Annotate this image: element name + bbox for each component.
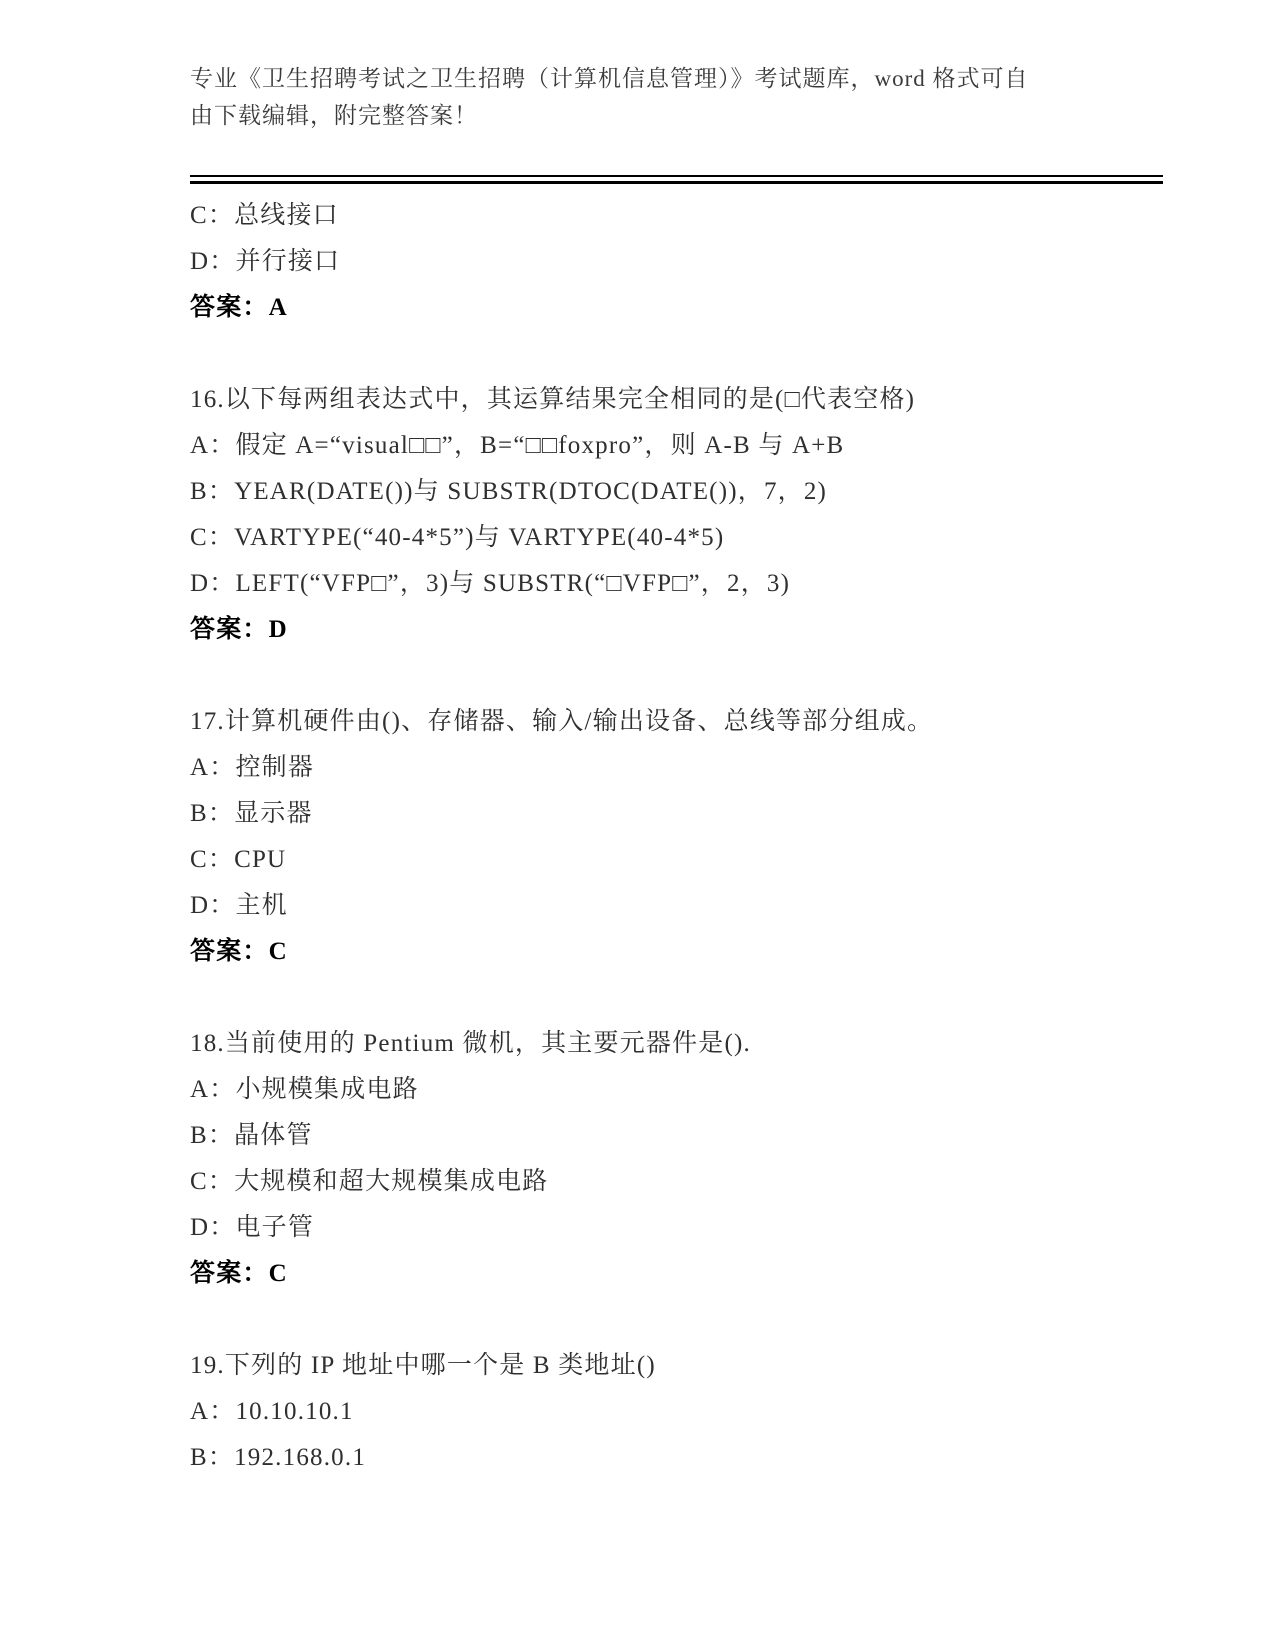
question-block-18: 18.当前使用的 Pentium 微机，其主要元器件是(). A：小规模集成电路… xyxy=(190,1021,1163,1297)
header-line-1: 专业《卫生招聘考试之卫生招聘（计算机信息管理）》考试题库，word 格式可自 xyxy=(190,60,1163,97)
question-block-16: 16.以下每两组表达式中，其运算结果完全相同的是(□代表空格) A：假定 A=“… xyxy=(190,377,1163,653)
option-line: A：小规模集成电路 xyxy=(190,1067,1163,1113)
option-line: A：控制器 xyxy=(190,745,1163,791)
option-line: B：YEAR(DATE())与 SUBSTR(DTOC(DATE())，7，2) xyxy=(190,469,1163,515)
answer-line: 答案：C xyxy=(190,1251,1163,1297)
option-line: B：显示器 xyxy=(190,791,1163,837)
option-line: D：电子管 xyxy=(190,1205,1163,1251)
question-block-15-continuation: C：总线接口 D：并行接口 答案：A xyxy=(190,193,1163,331)
page-content: 专业《卫生招聘考试之卫生招聘（计算机信息管理）》考试题库，word 格式可自 由… xyxy=(0,0,1275,1481)
option-line: D：主机 xyxy=(190,883,1163,929)
option-line: B：晶体管 xyxy=(190,1113,1163,1159)
document-body: C：总线接口 D：并行接口 答案：A 16.以下每两组表达式中，其运算结果完全相… xyxy=(190,193,1163,1481)
answer-line: 答案：A xyxy=(190,285,1163,331)
option-line: C：CPU xyxy=(190,837,1163,883)
answer-line: 答案：C xyxy=(190,929,1163,975)
question-title: 17.计算机硬件由()、存储器、输入/输出设备、总线等部分组成。 xyxy=(190,699,1163,745)
option-line: B：192.168.0.1 xyxy=(190,1435,1163,1481)
option-line: C：VARTYPE(“40-4*5”)与 VARTYPE(40-4*5) xyxy=(190,515,1163,561)
question-block-17: 17.计算机硬件由()、存储器、输入/输出设备、总线等部分组成。 A：控制器 B… xyxy=(190,699,1163,975)
option-line: C：大规模和超大规模集成电路 xyxy=(190,1159,1163,1205)
option-line: D：并行接口 xyxy=(190,239,1163,285)
option-line: A：10.10.10.1 xyxy=(190,1389,1163,1435)
question-title: 18.当前使用的 Pentium 微机，其主要元器件是(). xyxy=(190,1021,1163,1067)
header-separator xyxy=(190,175,1163,184)
header-line-2: 由下载编辑，附完整答案！ xyxy=(190,97,1163,134)
option-line: A：假定 A=“visual□□”，B=“□□foxpro”，则 A-B 与 A… xyxy=(190,423,1163,469)
document-page: 专业《卫生招聘考试之卫生招聘（计算机信息管理）》考试题库，word 格式可自 由… xyxy=(0,0,1275,1650)
option-line: C：总线接口 xyxy=(190,193,1163,239)
question-title: 19.下列的 IP 地址中哪一个是 B 类地址() xyxy=(190,1343,1163,1389)
option-line: D：LEFT(“VFP□”，3)与 SUBSTR(“□VFP□”，2，3) xyxy=(190,561,1163,607)
document-header: 专业《卫生招聘考试之卫生招聘（计算机信息管理）》考试题库，word 格式可自 由… xyxy=(190,60,1163,134)
answer-line: 答案：D xyxy=(190,607,1163,653)
question-title: 16.以下每两组表达式中，其运算结果完全相同的是(□代表空格) xyxy=(190,377,1163,423)
question-block-19: 19.下列的 IP 地址中哪一个是 B 类地址() A：10.10.10.1 B… xyxy=(190,1343,1163,1481)
